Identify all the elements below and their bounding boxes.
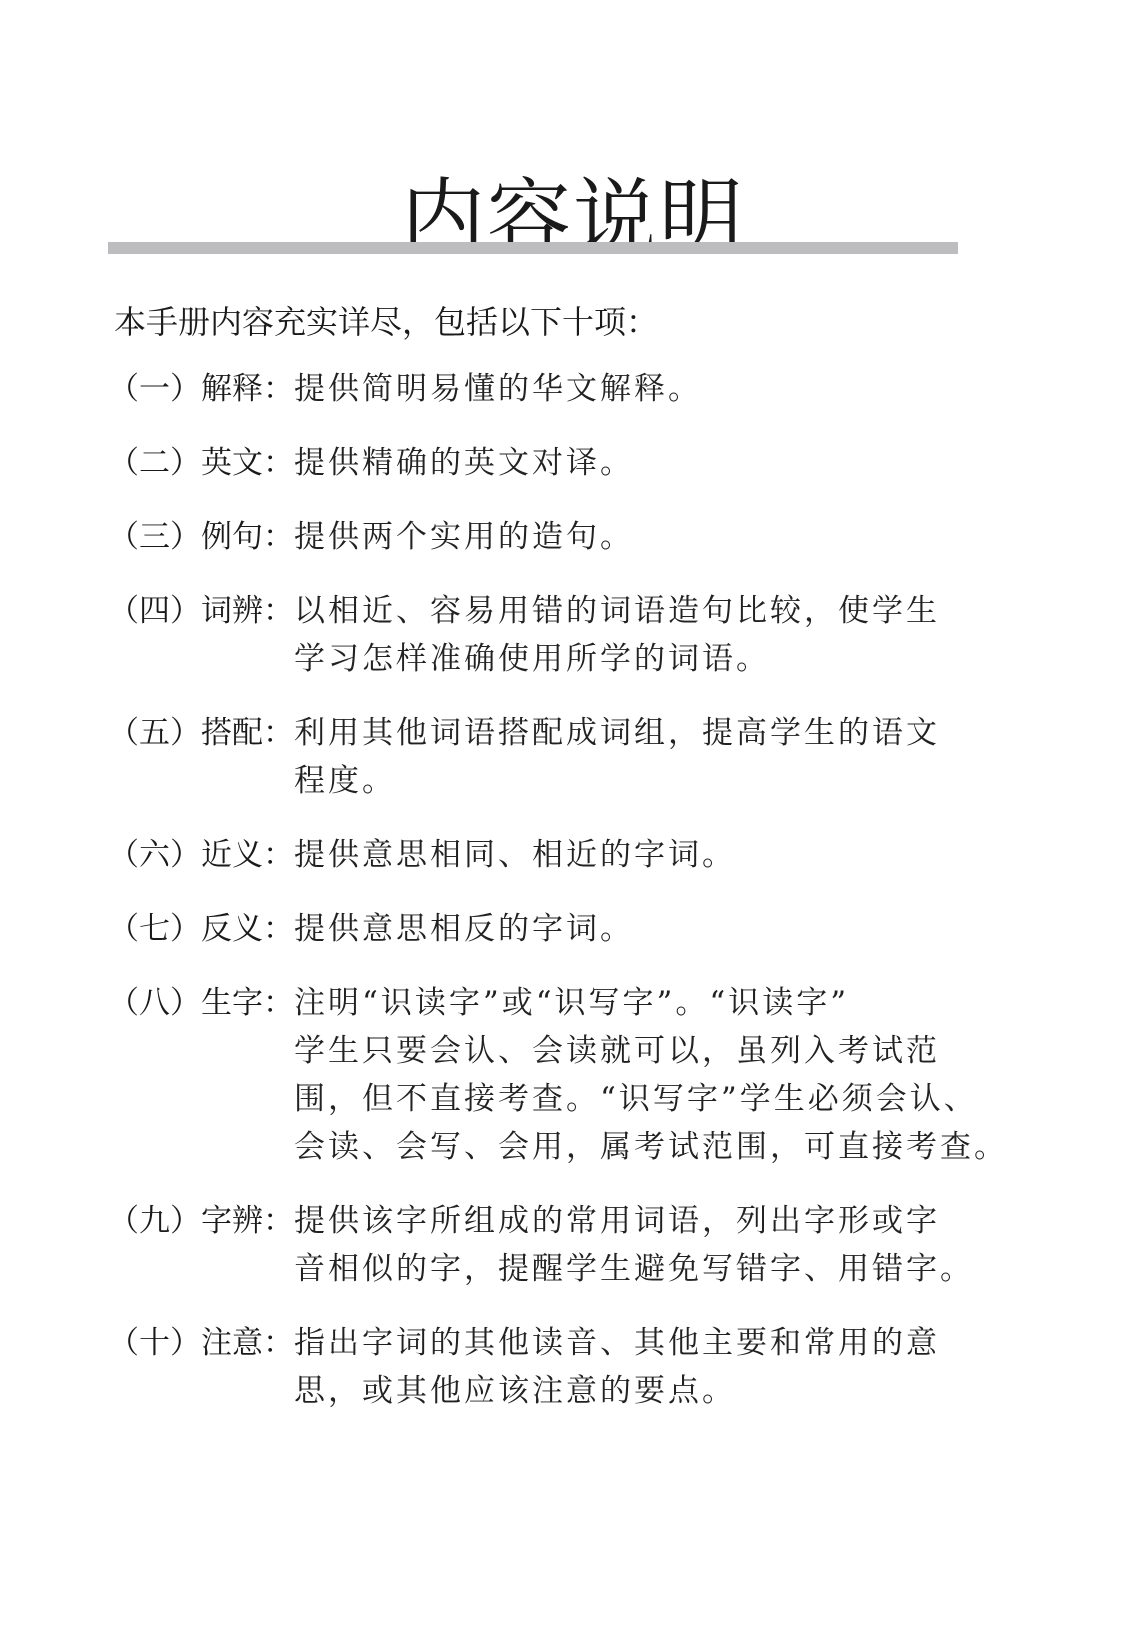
list-item: （六）近义： 提供意思相同、相近的字词。 [108,831,968,879]
item-term: 例句： [201,519,294,555]
item-description: 指出字词的其他读音、其他主要和常用的意思，或其他应该注意的要点。 [294,1319,968,1415]
item-description: 提供意思相反的字词。 [294,905,968,953]
item-number: （二） [108,439,201,487]
item-term: 字辨： [201,1203,294,1239]
item-term: 搭配： [201,715,294,751]
item-description: 提供该字所组成的常用词语，列出字形或字音相似的字，提醒学生避免写错字、用错字。 [294,1197,974,1293]
item-term: 反义： [201,911,294,947]
item-label: （十）注意： [108,1319,294,1367]
description-line: 指出字词的其他读音、其他主要和常用的意 [294,1319,968,1367]
description-line: 提供两个实用的造句。 [294,513,968,561]
item-description: 提供意思相同、相近的字词。 [294,831,968,879]
description-line: 学生只要会认、会读就可以，虽列入考试范 [294,1027,1008,1075]
content-item-list: （一）解释： 提供简明易懂的华文解释。 （二）英文： 提供精确的英文对译。 （三… [108,365,968,1441]
list-item: （十）注意： 指出字词的其他读音、其他主要和常用的意思，或其他应该注意的要点。 [108,1319,968,1415]
title-divider [108,242,958,254]
item-label: （九）字辨： [108,1197,294,1245]
description-line: 注明“识读字”或“识写字”。“识读字” [294,979,1008,1027]
description-line: 以相近、容易用错的词语造句比较，使学生 [294,587,968,635]
item-description: 利用其他词语搭配成词组，提高学生的语文程度。 [294,709,968,805]
description-line: 提供简明易懂的华文解释。 [294,365,968,413]
item-label: （八）生字： [108,979,294,1027]
item-label: （七）反义： [108,905,294,953]
item-description: 提供两个实用的造句。 [294,513,968,561]
item-number: （七） [108,905,201,953]
item-number: （十） [108,1319,201,1367]
item-number: （一） [108,365,201,413]
item-number: （四） [108,587,201,635]
description-line: 学习怎样准确使用所学的词语。 [294,635,968,683]
list-item: （一）解释： 提供简明易懂的华文解释。 [108,365,968,413]
item-number: （五） [108,709,201,757]
description-line: 提供意思相同、相近的字词。 [294,831,968,879]
item-description: 以相近、容易用错的词语造句比较，使学生学习怎样准确使用所学的词语。 [294,587,968,683]
description-line: 思，或其他应该注意的要点。 [294,1367,968,1415]
item-term: 词辨： [201,593,294,629]
list-item: （七）反义： 提供意思相反的字词。 [108,905,968,953]
list-item: （二）英文： 提供精确的英文对译。 [108,439,968,487]
item-description: 提供精确的英文对译。 [294,439,968,487]
item-label: （四）词辨： [108,587,294,635]
item-label: （一）解释： [108,365,294,413]
item-label: （三）例句： [108,513,294,561]
item-label: （二）英文： [108,439,294,487]
item-label: （六）近义： [108,831,294,879]
description-line: 会读、会写、会用，属考试范围，可直接考查。 [294,1123,1008,1171]
list-item: （四）词辨： 以相近、容易用错的词语造句比较，使学生学习怎样准确使用所学的词语。 [108,587,968,683]
item-number: （三） [108,513,201,561]
list-item: （九）字辨： 提供该字所组成的常用词语，列出字形或字音相似的字，提醒学生避免写错… [108,1197,968,1293]
item-term: 解释： [201,371,294,407]
description-line: 音相似的字，提醒学生避免写错字、用错字。 [294,1245,974,1293]
list-item: （八）生字： 注明“识读字”或“识写字”。“识读字”学生只要会认、会读就可以，虽… [108,979,968,1171]
description-line: 提供精确的英文对译。 [294,439,968,487]
description-line: 围，但不直接考查。“识写字”学生必须会认、 [294,1075,1008,1123]
item-label: （五）搭配： [108,709,294,757]
item-term: 生字： [201,985,294,1021]
description-line: 提供该字所组成的常用词语，列出字形或字 [294,1197,974,1245]
item-number: （九） [108,1197,201,1245]
description-line: 提供意思相反的字词。 [294,905,968,953]
item-description: 注明“识读字”或“识写字”。“识读字”学生只要会认、会读就可以，虽列入考试范围，… [294,979,1008,1171]
list-item: （五）搭配： 利用其他词语搭配成词组，提高学生的语文程度。 [108,709,968,805]
description-line: 程度。 [294,757,968,805]
item-number: （八） [108,979,201,1027]
item-term: 注意： [201,1325,294,1361]
item-number: （六） [108,831,201,879]
description-line: 利用其他词语搭配成词组，提高学生的语文 [294,709,968,757]
item-term: 近义： [201,837,294,873]
list-item: （三）例句： 提供两个实用的造句。 [108,513,968,561]
item-term: 英文： [201,445,294,481]
item-description: 提供简明易懂的华文解释。 [294,365,968,413]
intro-text: 本手册内容充实详尽，包括以下十项： [114,300,658,344]
